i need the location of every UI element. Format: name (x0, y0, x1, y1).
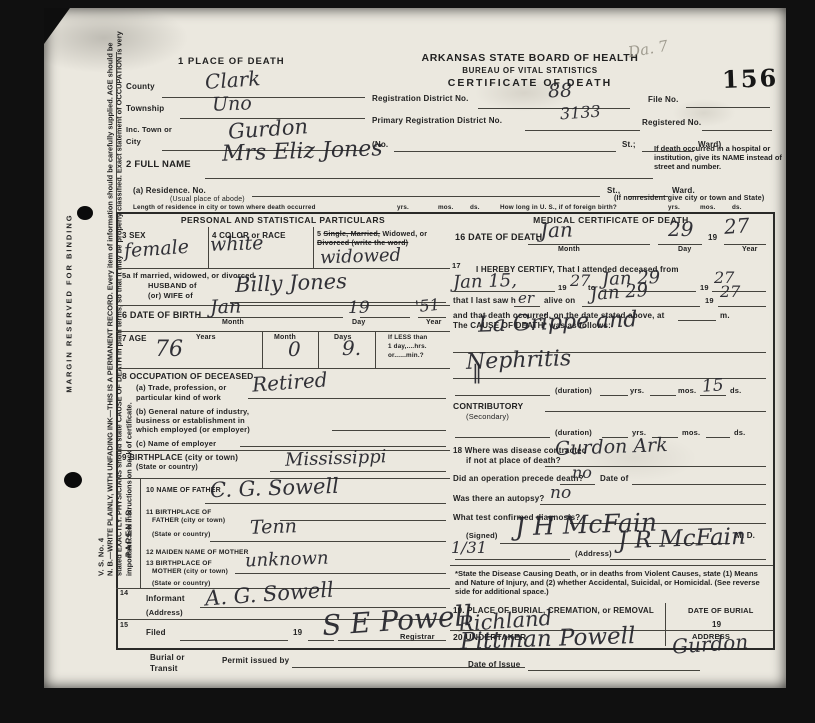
filed-label: Filed (146, 628, 166, 637)
primary-registration-label: Primary Registration District No. (372, 116, 502, 125)
father-birthplace-state-label: (State or country) (152, 531, 211, 538)
rule (116, 52, 117, 212)
punch-hole (64, 472, 82, 488)
city-label: City (126, 137, 141, 146)
day-sublabel: Day (352, 319, 365, 326)
rule (686, 107, 770, 108)
father-birthplace-label1: 11 BIRTHPLACE OF (146, 509, 211, 516)
rule (180, 640, 288, 641)
marital-widowed-word: Widowed, (382, 229, 417, 238)
m-label: m. (720, 311, 730, 320)
cause-ditto-mark: ‖ (472, 360, 482, 384)
birthplace-value: Mississippi (285, 446, 387, 471)
father-birthplace-value: Tenn (250, 515, 298, 539)
mos-label: mos. (700, 204, 716, 211)
mother-birthplace-label2: MOTHER (city or town) (152, 568, 228, 575)
burial-or-label: Burial or (150, 653, 185, 662)
rule (418, 317, 446, 318)
rule (700, 395, 726, 396)
if-less-label: If LESS than (388, 334, 427, 341)
rule (116, 331, 450, 332)
physician-address-label: (Address) (575, 549, 612, 558)
place-of-death-heading: 1 PLACE OF DEATH (178, 56, 285, 67)
rule (453, 291, 555, 292)
age-years-value: 76 (155, 337, 183, 362)
parents-vertical-label: PARENTS (125, 509, 134, 557)
filed-19-label: 19 (293, 628, 302, 637)
rule (702, 130, 772, 131)
operation-label: Did an operation precede death? (453, 474, 584, 483)
rule (280, 520, 446, 521)
attended-from-value: Jan 15, (453, 270, 518, 293)
yrs-label: yrs. (668, 204, 680, 211)
occupation-a2-label: particular kind of work (136, 393, 221, 402)
death-certificate-scan: MARGIN RESERVED FOR BINDING V. S. No. 4 … (0, 0, 815, 723)
rule (514, 306, 540, 307)
date-of-death-label: 16 DATE OF DEATH (455, 232, 542, 242)
personal-section-header: PERSONAL AND STATISTICAL PARTICULARS (120, 215, 446, 225)
rule (600, 395, 628, 396)
duration-label: (duration) (555, 386, 592, 395)
occupation-b1-label: (b) General nature of industry, (136, 407, 249, 416)
file-no-label: File No. (648, 95, 679, 104)
occupation-a1-label: (a) Trade, profession, or (136, 383, 226, 392)
rule (332, 430, 446, 431)
rule (450, 565, 773, 566)
primary-registration-value: 3133 (559, 102, 601, 124)
violent-causes-footnote: *State the Disease Causing Death, or in … (455, 569, 767, 597)
autopsy-label: Was there an autopsy? (453, 494, 544, 503)
rule (162, 97, 365, 98)
occupation-label: 8 OCCUPATION OF DECEASED (122, 371, 254, 381)
certificate-number-stamp: 156 (722, 63, 779, 94)
year-sublabel: Year (426, 319, 442, 326)
birthplace-label: 9 BIRTHPLACE (city or town) (122, 453, 238, 462)
rule (665, 603, 666, 646)
registration-district-value: 88 (548, 80, 573, 103)
operation-value: no (572, 463, 592, 482)
alive-on-label: alive on (544, 296, 575, 305)
rule (632, 484, 766, 485)
spouse-value: Billy Jones (235, 269, 348, 297)
age-label: 7 AGE (122, 334, 147, 343)
bureau-subtitle: BUREAU OF VITAL STATISTICS (380, 66, 680, 75)
date-of-issue-label: Date of Issue (468, 660, 520, 669)
rule (262, 331, 263, 368)
medical-section-header: MEDICAL CERTIFICATE OF DEATH (454, 215, 768, 225)
rule (375, 331, 376, 368)
mos-label: mos. (678, 386, 696, 395)
occupation-b2-label: business or establishment in (136, 416, 245, 425)
date-of-death-day: 29 (668, 217, 693, 241)
rule (394, 151, 616, 152)
year-19-prefix: 19 (705, 296, 714, 305)
marital-or-word: or (420, 229, 428, 238)
date-of-death-year: 27 (723, 213, 750, 239)
last-saw-er-value: er (518, 289, 534, 307)
duration-days-value: 15 (701, 375, 724, 396)
rule (270, 471, 446, 472)
permit-issued-label: Permit issued by (222, 656, 289, 665)
disease-contracted-value: Gurdon Ark (555, 434, 668, 460)
certificate-title: CERTIFICATE OF DEATH (380, 77, 680, 89)
occupation-c-label: (c) Name of employer (136, 439, 216, 448)
one-day-label: 1 day,....hrs. (388, 343, 427, 350)
ds-label: ds. (470, 204, 480, 211)
age-years-sublabel: Years (196, 334, 216, 341)
dob-day-value: 19 (348, 298, 370, 318)
rule (455, 437, 550, 438)
length-of-residence-label: Length of residence in city or town wher… (133, 204, 316, 211)
rule (116, 268, 450, 269)
duration-label: (duration) (555, 428, 592, 437)
dob-month-value: Jan (210, 295, 242, 318)
st-label: St.; (622, 140, 636, 149)
occupation-b3-label: which employed (or employer) (136, 425, 250, 434)
year-19-prefix: 19 (708, 233, 717, 242)
rule (116, 368, 450, 369)
rule (235, 573, 446, 574)
year-19-prefix: 19 (558, 283, 567, 292)
rule (658, 244, 702, 245)
informant-number: 14 (120, 590, 128, 597)
residence-ward-label: Ward. (672, 186, 695, 195)
date-of-label: Date of (600, 474, 629, 483)
physician-address-value: J R McFain (618, 524, 747, 554)
township-value: Uno (212, 92, 252, 115)
form-number: V. S. No. 4 (96, 24, 105, 576)
contributory-label: CONTRIBUTORY (453, 401, 523, 411)
mother-maiden-name-label: 12 MAIDEN NAME OF MOTHER (146, 549, 249, 556)
rule (318, 331, 319, 368)
year-sublabel: Year (742, 246, 758, 253)
age-days-value: 9. (342, 336, 361, 360)
county-label: County (126, 82, 155, 91)
ds-label: ds. (734, 428, 745, 437)
alive-on-value: Jan 29 (589, 280, 648, 305)
year-19-prefix: 19 (700, 283, 709, 292)
date-of-burial-19: 19 (712, 620, 721, 629)
rule (718, 306, 766, 307)
foreign-birth-label: How long in U. S., if of foreign birth? (500, 204, 617, 211)
rule (678, 320, 716, 321)
date-of-burial-label: DATE OF BURIAL (688, 606, 754, 615)
rule (116, 305, 450, 306)
mother-birthplace-label1: 13 BIRTHPLACE OF (146, 560, 212, 567)
residence-label: (a) Residence. No. (133, 186, 206, 195)
rule (540, 504, 766, 505)
rule (116, 450, 450, 451)
registered-no-label: Registered No. (642, 118, 701, 127)
sex-value: female (123, 236, 189, 262)
rule (210, 541, 446, 542)
rule (478, 108, 630, 109)
autopsy-value: no (550, 483, 571, 503)
inc-town-label: Inc. Town or (126, 125, 172, 134)
rule (313, 227, 314, 268)
rule (455, 395, 550, 396)
rule (545, 411, 766, 412)
ds-label: ds. (730, 386, 741, 395)
color-race-value: white (210, 232, 264, 256)
husband-of-label: HUSBAND of (148, 281, 197, 290)
informant-address-label: (Address) (146, 608, 183, 617)
county-value: Clark (204, 66, 261, 94)
month-sublabel: Month (558, 246, 580, 253)
full-name-label: 2 FULL NAME (126, 159, 191, 170)
registrar-label: Registrar (400, 632, 435, 641)
informant-label: Informant (146, 594, 185, 603)
rule (525, 130, 640, 131)
rule (724, 244, 766, 245)
mos-label: mos. (438, 204, 454, 211)
registration-district-label: Registration District No. (372, 94, 469, 103)
marital-status-value: widowed (320, 245, 402, 269)
alive-on-year: 27 (720, 282, 740, 301)
rule (140, 478, 141, 588)
rule (455, 559, 570, 560)
township-label: Township (126, 104, 164, 113)
yrs-label: yrs. (397, 204, 409, 211)
secondary-label: (Secondary) (466, 412, 509, 421)
residence-st-label: St., (607, 186, 620, 195)
day-sublabel: Day (678, 246, 691, 253)
binding-margin-text: MARGIN RESERVED FOR BINDING (65, 213, 74, 392)
father-name-value: C. G. Sowell (210, 474, 340, 502)
dob-year-value: '51 (414, 295, 441, 316)
dob-label: 6 DATE OF BIRTH (122, 310, 201, 320)
rule (706, 437, 730, 438)
rule (252, 196, 600, 197)
rule (582, 306, 700, 307)
rule (205, 503, 446, 504)
yrs-label: yrs. (630, 386, 644, 395)
transit-label: Transit (150, 664, 178, 673)
punch-hole (77, 206, 93, 220)
marital-number: 5 (317, 229, 321, 238)
wife-of-label: (or) WIFE of (148, 291, 193, 300)
father-birthplace-label2: FATHER (city or town) (152, 517, 225, 524)
mos-label: mos. (682, 428, 700, 437)
scan-corner-shadow (44, 8, 70, 44)
date-of-death-month: Jan (540, 217, 574, 242)
mother-birthplace-state-label: (State or country) (152, 580, 211, 587)
abode-note: (Usual place of abode) (170, 196, 245, 203)
month-sublabel: Month (222, 319, 244, 326)
nonresident-note: (If nonresident give city or town and St… (614, 195, 764, 202)
or-min-label: or......min.? (388, 352, 424, 359)
last-saw-label: that I last saw h (453, 296, 516, 305)
rule (528, 244, 650, 245)
rule (248, 398, 446, 399)
rule (610, 559, 766, 560)
rule (528, 670, 700, 671)
rule (650, 395, 676, 396)
age-months-value: 0 (288, 337, 301, 361)
rule (205, 178, 653, 179)
marital-struck-words: Single, Married, (323, 229, 380, 238)
disease-contracted-label2: if not at place of death? (466, 456, 561, 465)
hospital-note: If death occurred in a hospital or insti… (654, 144, 782, 171)
mother-birthplace-value: unknown (245, 548, 329, 572)
filed-number: 15 (120, 622, 128, 629)
signature-date-value: 1/31 (451, 538, 487, 557)
ds-label: ds. (732, 204, 742, 211)
certify-number: 17 (452, 261, 461, 270)
birthplace-state-label: (State or country) (136, 464, 198, 471)
